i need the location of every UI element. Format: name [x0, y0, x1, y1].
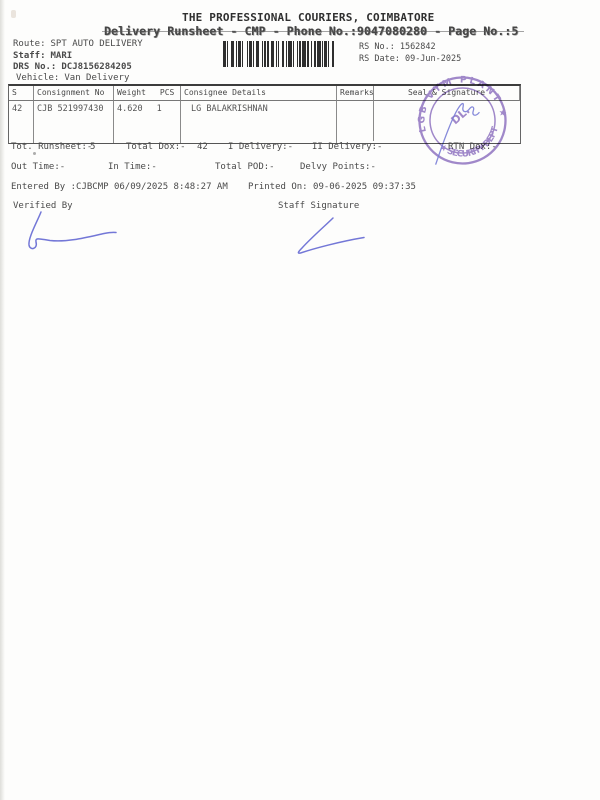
- i-delivery-label: I Delivery:-: [228, 142, 293, 152]
- entered-by-text: Entered By :CJBCMP 06/09/2025 8:48:27 AM: [11, 182, 228, 192]
- verified-by-signature: [29, 212, 116, 249]
- document-title: THE PROFESSIONAL COURIERS, COIMBATORE: [182, 11, 434, 24]
- tot-runsheet-label: Tot. Runsheet:-: [11, 142, 92, 152]
- signatures-layer: [0, 205, 600, 265]
- rs-date-label: RS Date:: [359, 54, 400, 64]
- rs-date-value: 09-Jun-2025: [405, 54, 461, 64]
- rs-date-line: RS Date:09-Jun-2025: [359, 54, 461, 64]
- scan-speck: [11, 10, 16, 18]
- delvy-points-label: Delvy Points:-: [300, 162, 376, 172]
- cell-weight-pcs: 4.620 1: [114, 101, 181, 143]
- barcode-space: [334, 41, 335, 67]
- route-value: SPT AUTO DELIVERY: [51, 39, 143, 49]
- tot-runsheet-value: 5: [90, 142, 95, 152]
- col-header-weight-pcs: Weight PCS: [114, 86, 181, 101]
- cell-consignment-no: CJB 521997430: [34, 101, 114, 143]
- rs-number-label: RS No.:: [359, 42, 395, 52]
- cell-pcs: 1: [157, 104, 162, 142]
- rs-number-line: RS No.:1562842: [359, 42, 436, 52]
- scan-dot-artifact: [33, 152, 36, 155]
- col-header-consignment-no: Consignment No: [34, 86, 114, 101]
- cell-remarks: [337, 101, 374, 141]
- staff-line: Staff:MARI: [13, 51, 72, 61]
- drs-label: DRS No.:: [13, 62, 56, 72]
- cell-s-no: 42: [9, 101, 34, 143]
- rs-barcode: [223, 41, 337, 67]
- col-header-remarks: Remarks: [337, 86, 374, 101]
- stamp-center-text: DL.: [449, 104, 473, 127]
- out-time-label: Out Time:-: [11, 162, 65, 172]
- ii-delivery-label: II Delivery:-: [312, 142, 382, 152]
- staff-label: Staff:: [13, 51, 46, 61]
- in-time-label: In Time:-: [108, 162, 157, 172]
- cell-consignee-details: LG BALAKRISHNAN: [181, 101, 337, 143]
- staff-signature: [298, 218, 364, 253]
- route-label: Route:: [13, 39, 46, 49]
- cell-weight: 4.620: [117, 104, 143, 142]
- total-dox-value: 42: [197, 142, 208, 152]
- drs-value: DCJ8156284205: [61, 62, 131, 72]
- col-header-consignee-details: Consignee Details: [181, 86, 337, 101]
- security-stamp: LGB VYM PLANT ★ ★ SECURITY DEPT. DL.: [414, 72, 511, 169]
- vehicle-value: Van Delivery: [64, 73, 129, 83]
- total-dox-label: Total Dox:-: [126, 142, 186, 152]
- drs-number-line: DRS No.:DCJ8156284205: [13, 62, 132, 72]
- print-strike-artifact: [102, 31, 524, 32]
- staff-value: MARI: [51, 51, 73, 61]
- col-header-weight: Weight: [117, 87, 146, 99]
- total-pod-label: Total POD:-: [215, 162, 275, 172]
- vehicle-line: Vehicle:Van Delivery: [16, 73, 129, 83]
- rs-number-value: 1562842: [400, 42, 436, 52]
- col-header-sno: S No: [9, 86, 34, 101]
- route-line: Route:SPT AUTO DELIVERY: [13, 39, 143, 49]
- vehicle-label: Vehicle:: [16, 73, 59, 83]
- printed-on-text: Printed On: 09-06-2025 09:37:35: [248, 182, 416, 192]
- scanned-runsheet-page: THE PROFESSIONAL COURIERS, COIMBATORE De…: [0, 0, 600, 800]
- col-header-pcs: PCS: [160, 87, 174, 99]
- scan-edge-artifact: [0, 0, 5, 800]
